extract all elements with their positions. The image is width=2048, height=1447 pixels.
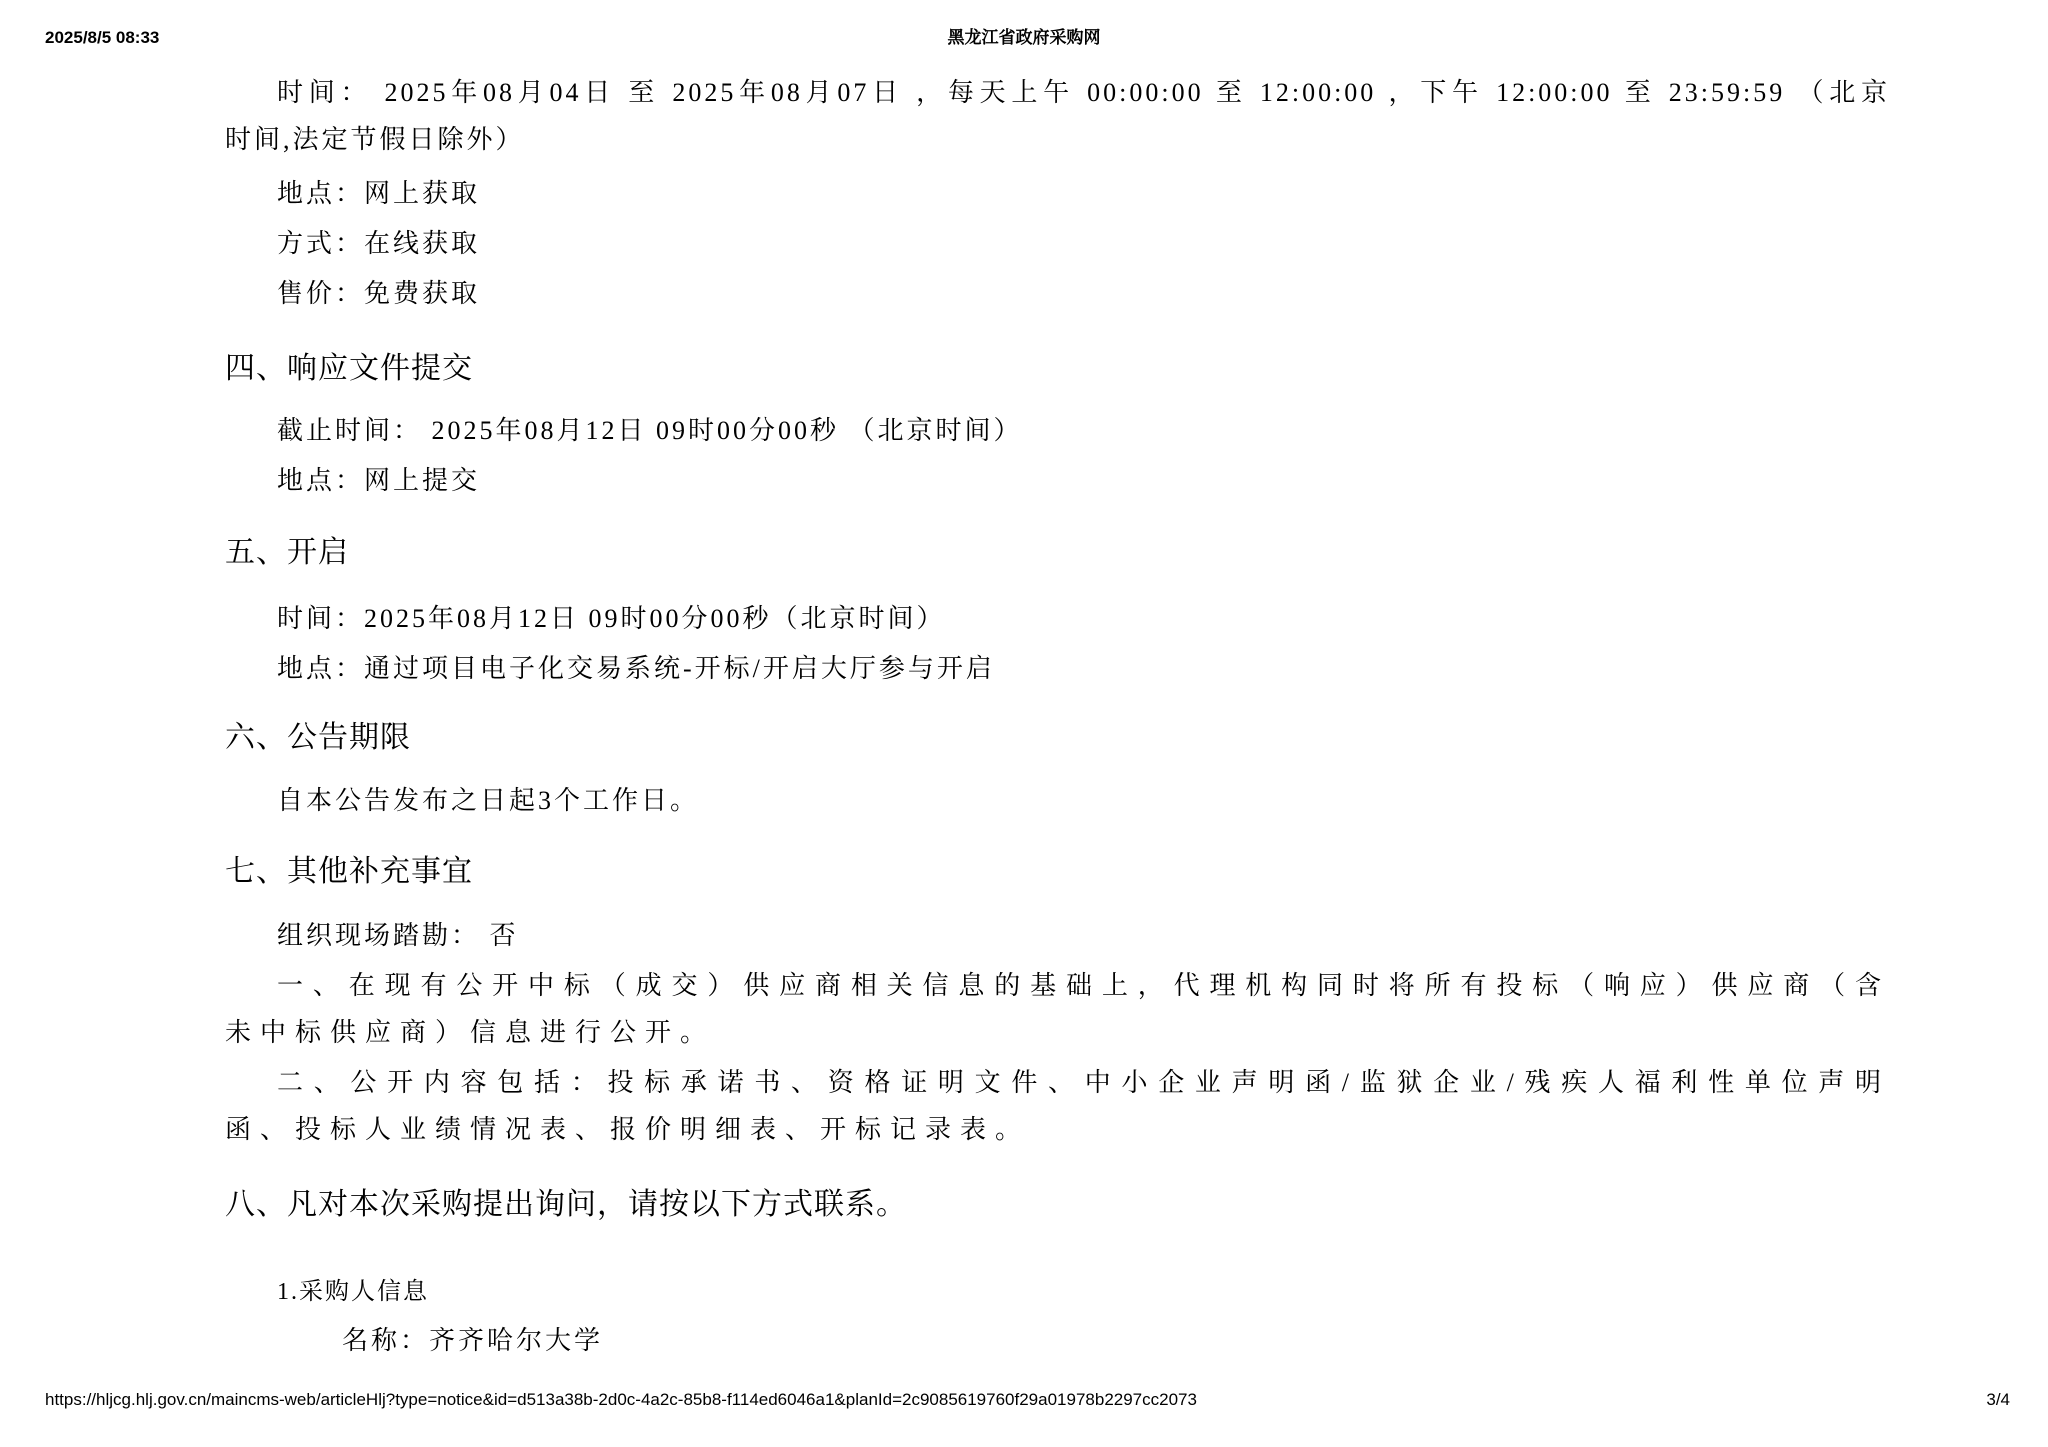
acquire-price: 售价：免费获取 xyxy=(225,270,1890,317)
section6-heading: 六、公告期限 xyxy=(225,718,1890,758)
open-place: 地点：通过项目电子化交易系统-开标/开启大厅参与开启 xyxy=(225,645,1890,692)
print-datetime: 2025/8/5 08:33 xyxy=(45,28,159,48)
notice-period: 自本公告发布之日起3个工作日。 xyxy=(225,777,1890,824)
site-survey: 组织现场踏勘： 否 xyxy=(225,912,1890,959)
print-page-number: 3/4 xyxy=(1986,1390,2010,1410)
section4-heading: 四、响应文件提交 xyxy=(225,349,1890,389)
acquire-time-line2: 时间,法定节假日除外） xyxy=(225,116,1890,163)
submit-place: 地点：网上提交 xyxy=(225,457,1890,504)
acquire-method: 方式：在线获取 xyxy=(225,220,1890,267)
notice-document: 时间： 2025年08月04日 至 2025年08月07日 ，每天上午 00:0… xyxy=(225,69,1890,1364)
submit-deadline: 截止时间： 2025年08月12日 09时00分00秒 （北京时间） xyxy=(225,407,1890,454)
section5-heading: 五、开启 xyxy=(225,533,1890,573)
open-time: 时间：2025年08月12日 09时00分00秒（北京时间） xyxy=(225,595,1890,642)
purchaser-info-label: 1.采购人信息 xyxy=(225,1272,1890,1312)
acquire-time-line1: 时间： 2025年08月04日 至 2025年08月07日 ，每天上午 00:0… xyxy=(225,69,1890,116)
section7-heading: 七、其他补充事宜 xyxy=(225,852,1890,892)
print-url: https://hljcg.hlj.gov.cn/maincms-web/art… xyxy=(45,1390,1197,1410)
supplement2-line1: 二、公开内容包括：投标承诺书、资格证明文件、中小企业声明函/监狱企业/残疾人福利… xyxy=(225,1059,1890,1106)
acquire-place: 地点：网上获取 xyxy=(225,170,1890,217)
supplement2-line2: 函、投标人业绩情况表、报价明细表、开标记录表。 xyxy=(225,1106,1890,1153)
supplement1-line2: 未中标供应商）信息进行公开。 xyxy=(225,1009,1890,1056)
print-header: 2025/8/5 08:33 黑龙江省政府采购网 xyxy=(0,28,2048,48)
supplement1-line1: 一、在现有公开中标（成交）供应商相关信息的基础上，代理机构同时将所有投标（响应）… xyxy=(225,962,1890,1009)
page-title: 黑龙江省政府采购网 xyxy=(0,28,2048,48)
section8-heading: 八、凡对本次采购提出询问，请按以下方式联系。 xyxy=(225,1185,1890,1225)
purchaser-name: 名称：齐齐哈尔大学 xyxy=(225,1317,1890,1364)
